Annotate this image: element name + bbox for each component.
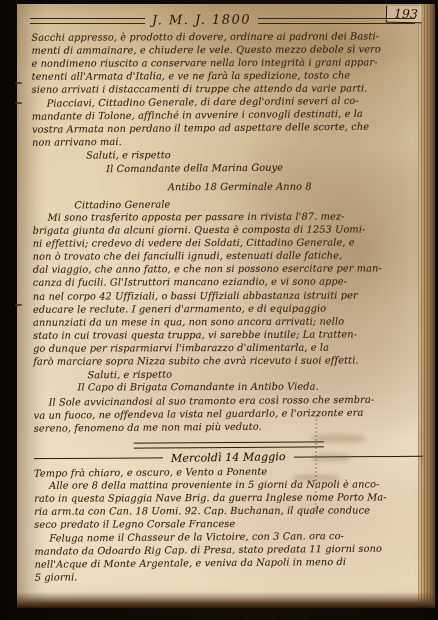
manuscript-line: sereno, fenomeno da me non mai più vedut… <box>34 419 423 435</box>
manuscript-line: ria arm.ta con Can. 18 Uomi. 92. Cap. Bu… <box>34 504 423 519</box>
manuscript-body: Sacchi appresso, è prodotto di dovere, o… <box>31 30 423 585</box>
section-heading-label: Mercoldì 14 Maggio <box>171 450 286 465</box>
divider-rule <box>34 457 163 459</box>
page-bottom-edge <box>17 592 435 608</box>
binding-stitch-mark <box>15 102 22 104</box>
binding-stitch-mark <box>15 82 22 84</box>
manuscript-page: 193 J. M. J. 1800 Sacchi appresso, è pro… <box>17 4 435 608</box>
manuscript-line: Antibo 18 Germinale Anno 8 <box>58 180 421 195</box>
manuscript-line: e nondimeno riuscito a conservare nella … <box>31 56 420 71</box>
header-rule-left <box>30 18 145 24</box>
manuscript-block: Feluga nome il Chasseur de la Victoire, … <box>34 530 423 586</box>
manuscript-block: Sacchi appresso, è prodotto di dovere, o… <box>31 30 420 97</box>
manuscript-block: Antibo 18 Germinale Anno 8 <box>58 180 421 195</box>
manuscript-line: brigata giunta da alcuni giorni. Questa … <box>33 224 422 239</box>
manuscript-line: dal viaggio, che anno fatto, e che non s… <box>33 263 422 278</box>
manuscript-line: Il Comandante della Marina Gouye <box>106 160 421 176</box>
manuscript-line: 5 giorni. <box>35 569 424 585</box>
divider-rule <box>133 441 323 448</box>
page-title: J. M. J. 1800 <box>152 13 251 29</box>
header-rule-right <box>258 18 415 24</box>
bleed-through-marks <box>311 434 365 443</box>
section-heading: Mercoldì 14 Maggio <box>34 441 423 465</box>
manuscript-block: Il Sole avvicinandosi al suo tramonto er… <box>33 393 422 436</box>
manuscript-block: Alle ore 8 della mattina proveniente in … <box>34 478 423 532</box>
bleed-through-marks <box>311 454 351 462</box>
manuscript-block: Mi sono trasferito apposta per passare i… <box>33 210 423 369</box>
page-header: J. M. J. 1800 <box>30 13 415 28</box>
binding-stitch-mark <box>15 304 22 306</box>
manuscript-block: Piacciavi, Cittadino Generale, di dare d… <box>32 95 421 151</box>
manuscript-block: Il Comandante della Marina Gouye <box>106 160 421 176</box>
bleed-through-marks <box>293 474 339 482</box>
